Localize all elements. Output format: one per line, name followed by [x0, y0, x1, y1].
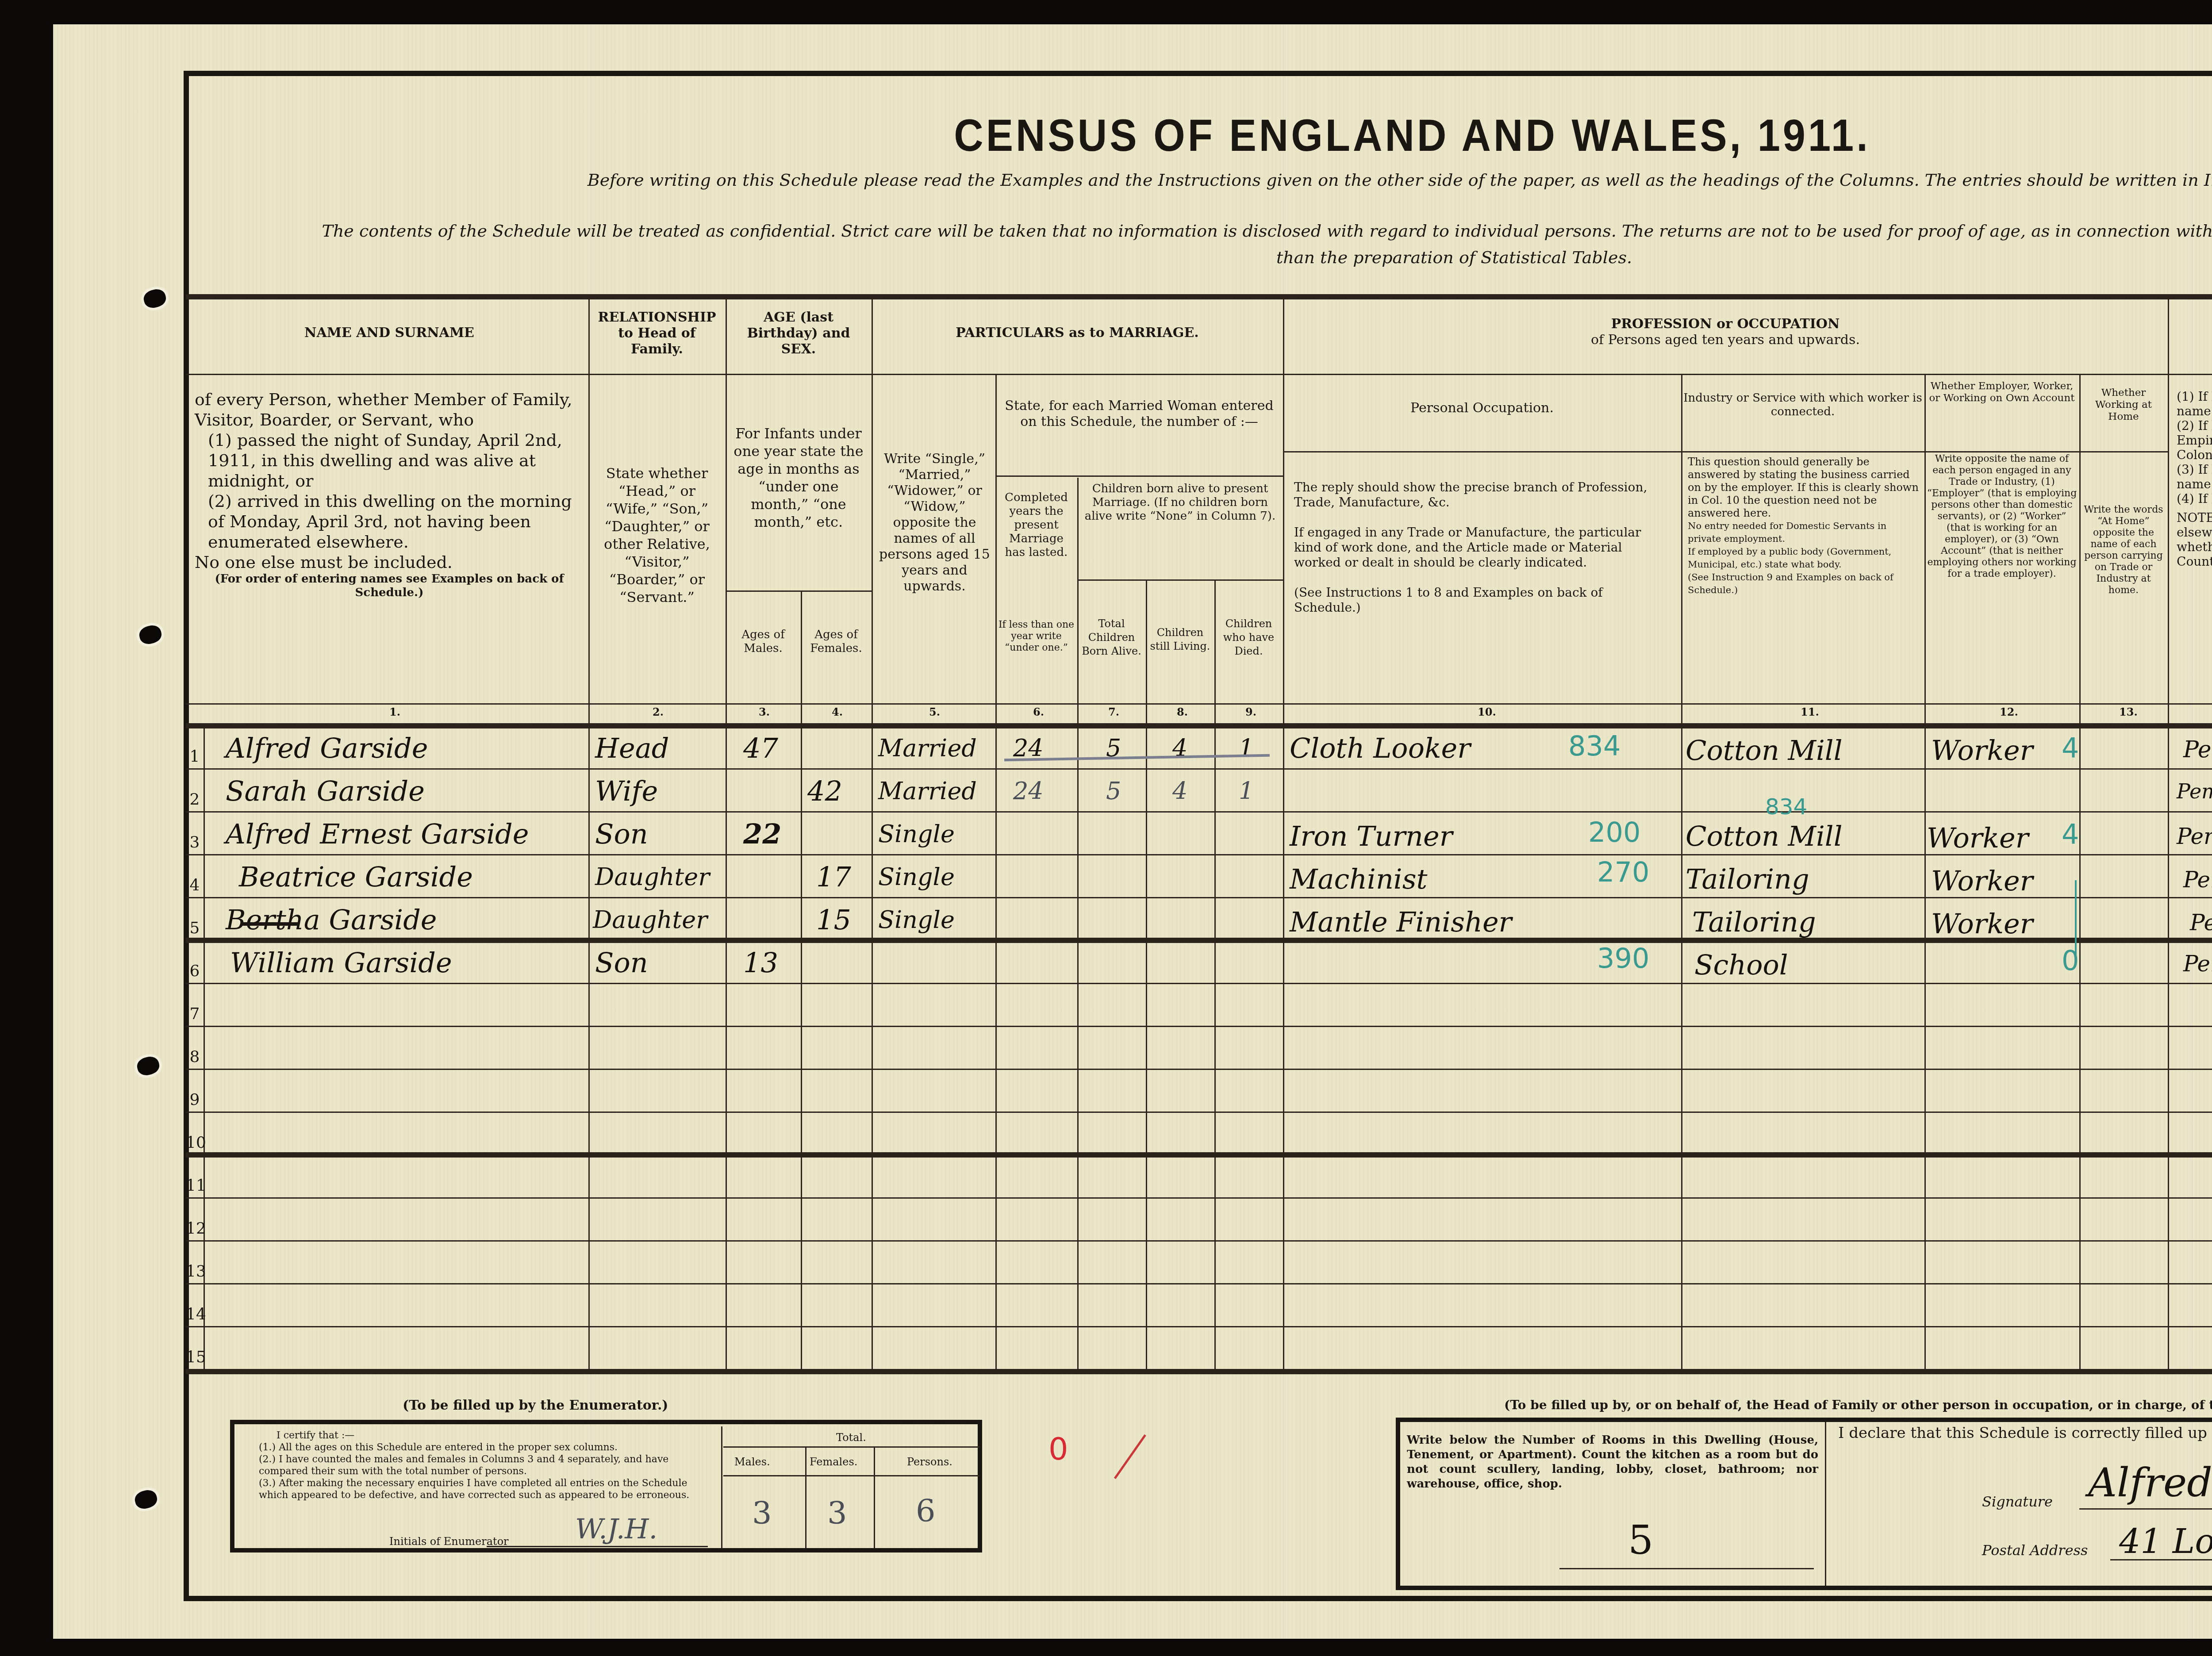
- row-number: 12: [186, 1219, 204, 1238]
- col-num: 5.: [929, 705, 940, 718]
- col-num: 12.: [2000, 705, 2018, 718]
- col-num: 6.: [1033, 705, 1044, 718]
- males-label: Males.: [734, 1455, 770, 1469]
- cell-industry-code: 834: [1765, 794, 1807, 820]
- header-name-body: of every Person, whether Member of Famil…: [195, 389, 584, 430]
- cell-occupation: Iron Turner: [1290, 820, 1452, 852]
- header-married-woman: State, for each Married Woman entered on…: [998, 398, 1281, 430]
- cell-occupation: Machinist: [1290, 863, 1427, 895]
- strike-through-mark: [241, 922, 299, 926]
- page-title: CENSUS OF ENGLAND AND WALES, 1911.: [0, 111, 2212, 162]
- header-industry-body: No entry needed for Domestic Servants in…: [1688, 520, 1920, 545]
- header-children-died: Children who have Died.: [1217, 617, 1281, 658]
- header-children-living: Children still Living.: [1148, 626, 1212, 653]
- sub-rule: [1077, 579, 1283, 581]
- row-number: 7: [186, 1005, 204, 1023]
- header-at-home: Whether Working at Home: [2081, 387, 2166, 423]
- head-box-divider: [1825, 1422, 1826, 1586]
- enumerator-initials: W.J.H.: [575, 1513, 657, 1545]
- sub-rule: [726, 590, 872, 592]
- column-number-rule: [186, 723, 2212, 728]
- header-birthplace-body: (3) If born in a Foreign Country, write …: [2177, 462, 2212, 491]
- col-num: 13.: [2119, 705, 2138, 718]
- header-relationship: RELATIONSHIP to Head of Family.: [598, 310, 716, 357]
- punch-hole-icon: [135, 1054, 161, 1077]
- initials-line: [487, 1546, 708, 1547]
- row-number: 9: [186, 1091, 204, 1109]
- cell-age-female: 42: [807, 775, 842, 807]
- head-of-family-heading: (To be filled up by, or on behalf of, th…: [1504, 1398, 2212, 1412]
- col-divider: [2168, 294, 2169, 1373]
- cell-occupation-code: 390: [1597, 942, 1649, 974]
- cell-relationship: Son: [595, 947, 648, 979]
- rooms-count: 5: [1628, 1517, 1653, 1564]
- cell-employment: Worker: [1931, 734, 2033, 767]
- header-industry-body: This question should generally be answer…: [1688, 456, 1920, 520]
- header-personal-body: (See Instructions 1 to 8 and Examples on…: [1294, 585, 1670, 615]
- cell-name: Beatrice Garside: [239, 861, 473, 893]
- col-num: 4.: [832, 705, 843, 718]
- cell-marital: Single: [878, 820, 955, 848]
- total-females: 3: [827, 1495, 847, 1531]
- col-divider: [1283, 294, 1284, 1373]
- cell-age-female: 15: [816, 904, 851, 936]
- row-number: 2: [186, 790, 204, 809]
- header-name: NAME AND SURNAME: [304, 325, 474, 341]
- cell-employment-code: 4: [2062, 818, 2079, 851]
- punch-hole-icon: [133, 1488, 159, 1511]
- row-number: 11: [186, 1177, 204, 1195]
- cell-age-male: 22: [743, 818, 781, 850]
- cell-employment: Worker: [1931, 865, 2033, 897]
- row-rule: [186, 938, 2212, 943]
- header-at-home-body: Write the words “At Home” opposite the n…: [2081, 504, 2166, 596]
- header-name-body: No one else must be included.: [195, 552, 584, 572]
- col-divider: [872, 294, 873, 1373]
- red-circle-mark: 0: [1048, 1431, 1068, 1467]
- header-industry-body: (See Instruction 9 and Examples on back …: [1688, 571, 1920, 597]
- col-num: 7.: [1108, 705, 1119, 718]
- col-divider: [726, 294, 727, 1373]
- enumerator-item: (2.) I have counted the males and female…: [259, 1453, 714, 1477]
- cell-relationship: Son: [595, 818, 648, 850]
- row-rule: [186, 1069, 2212, 1070]
- header-top-rule: [186, 294, 2212, 299]
- cell-industry: Tailoring: [1692, 906, 1816, 938]
- header-birthplace-note: NOTE.—In the case of persons born elsewh…: [2177, 510, 2212, 569]
- col-divider: [1681, 374, 1682, 1373]
- declaration: I declare that this Schedule is correctl…: [1838, 1426, 2212, 1440]
- header-personal-body: The reply should show the precise branch…: [1294, 480, 1670, 510]
- cell-industry: Cotton Mill: [1686, 734, 1843, 767]
- row-rule: [186, 1197, 2212, 1199]
- cell-industry: School: [1694, 949, 1788, 981]
- header-birthplace-body: (1) If born in the United Kingdom, write…: [2177, 389, 2212, 418]
- header-children: Children born alive to present Marriage.…: [1079, 482, 1281, 523]
- row-rule: [186, 1240, 2212, 1242]
- header-name-body: (1) passed the night of Sunday, April 2n…: [195, 430, 584, 491]
- col-divider: [588, 294, 590, 1373]
- cell-relationship: Daughter: [595, 863, 710, 891]
- enumerator-item: (3.) After making the necessary enquirie…: [259, 1477, 714, 1501]
- header-name-body: (2) arrived in this dwelling on the morn…: [195, 491, 584, 552]
- header-children-total: Total Children Born Alive.: [1079, 617, 1144, 658]
- header-employer: Whether Employer, Worker, or Working on …: [1927, 380, 2077, 404]
- postal-address: 41 London Street Pendleton: [2119, 1522, 2212, 1561]
- col-num: 9.: [1245, 705, 1256, 718]
- signature-label: Signature: [1982, 1495, 2053, 1509]
- cell-name: Bertha Garside: [226, 904, 437, 936]
- cell-birthplace: Pendleton Lancashire: [2183, 951, 2212, 977]
- cell-occupation-code: 200: [1588, 816, 1640, 848]
- cell-marital: Married: [878, 734, 977, 762]
- col-divider: [1077, 478, 1079, 1373]
- row-number: 4: [186, 876, 204, 894]
- confidential-notice: The contents of the Schedule will be tre…: [217, 221, 2212, 241]
- postal-address-label: Postal Address: [1982, 1544, 2088, 1557]
- cell-children-died: 1: [1239, 734, 1254, 762]
- cell-age-male: 13: [743, 947, 778, 979]
- cell-birthplace: Pembridge Herefordshire: [2177, 779, 2212, 803]
- rooms-instruction: Write below the Number of Rooms in this …: [1407, 1433, 1818, 1491]
- enumerator-rule: [723, 1446, 980, 1448]
- row-number: 10: [186, 1134, 204, 1152]
- punch-hole-icon: [142, 287, 168, 310]
- cell-occupation: Cloth Looker: [1290, 732, 1471, 764]
- row-rule: [186, 811, 2212, 813]
- signature-line: [2079, 1508, 2212, 1510]
- header-industry-body: If employed by a public body (Government…: [1688, 545, 1920, 571]
- enumerator-item: (1.) All the ages on this Schedule are e…: [259, 1441, 714, 1453]
- sub-rule: [1283, 451, 2168, 452]
- cell-name: Sarah Garside: [226, 775, 425, 807]
- header-employer-body: Write opposite the name of each person e…: [1927, 453, 2077, 580]
- enumerator-divider: [805, 1446, 806, 1548]
- header-occupation: PROFESSION or OCCUPATION: [1611, 316, 1840, 332]
- cell-name: Alfred Garside: [226, 732, 428, 764]
- cell-name: Alfred Ernest Garside: [226, 818, 529, 850]
- cell-occupation-code: 834: [1568, 730, 1621, 762]
- row-number: 3: [186, 833, 204, 851]
- signature: Alfred Garside: [2088, 1460, 2212, 1506]
- header-age-males: Ages of Males.: [728, 628, 799, 655]
- instruction-line: Before writing on this Schedule please r…: [509, 170, 2212, 190]
- row-rule: [186, 1326, 2212, 1327]
- sub-rule: [995, 475, 1283, 477]
- cell-industry: Cotton Mill: [1686, 820, 1843, 852]
- header-marriage: PARTICULARS as to MARRIAGE.: [956, 325, 1199, 341]
- col-divider: [1146, 579, 1147, 1373]
- row-number: 13: [186, 1262, 204, 1280]
- header-mid-rule: [186, 374, 2212, 375]
- cell-relationship: Head: [595, 732, 669, 764]
- col-num: 3.: [759, 705, 770, 718]
- cell-age-female: 17: [816, 861, 851, 893]
- col-num: 2.: [653, 705, 664, 718]
- row-number: 5: [186, 919, 204, 937]
- total-label: Total.: [836, 1431, 866, 1445]
- row-rule: [186, 1112, 2212, 1113]
- row-rule: [186, 854, 2212, 855]
- females-label: Females.: [810, 1455, 857, 1469]
- cell-children-died: 1: [1239, 777, 1254, 805]
- row-rule: [186, 983, 2212, 984]
- header-personal-body: If engaged in any Trade or Manufacture, …: [1294, 525, 1670, 570]
- cell-birthplace: Pendleton Lancashire: [2183, 867, 2212, 893]
- header-birthplace-body: (4) If born at sea, write “At Sea.”: [2177, 491, 2212, 506]
- cell-employment: Worker: [1931, 908, 2033, 940]
- header-birthplace-body: (2) If born in any other part of the Bri…: [2177, 418, 2212, 462]
- cell-occupation-code: 270: [1597, 856, 1649, 888]
- col-num: 1.: [389, 705, 400, 718]
- total-males: 3: [752, 1495, 772, 1531]
- header-personal-occupation: Personal Occupation.: [1285, 400, 1679, 416]
- cell-industry: Tailoring: [1686, 863, 1809, 895]
- cell-occupation: Mantle Finisher: [1290, 906, 1512, 938]
- col-divider: [801, 590, 802, 1373]
- row-rule: [186, 768, 2212, 770]
- header-age: AGE (last Birthday) and SEX.: [747, 310, 850, 357]
- enumerator-rule: [723, 1475, 980, 1476]
- row-number: 15: [186, 1348, 204, 1366]
- header-occupation-sub: of Persons aged ten years and upwards.: [1285, 332, 2166, 348]
- cell-relationship: Daughter: [593, 906, 707, 934]
- header-relationship-body: State whether “Head,” or “Wife,” “Son,” …: [591, 464, 723, 606]
- cell-birthplace: Pendleton Lancashire: [2183, 736, 2212, 763]
- persons-label: Persons.: [907, 1455, 952, 1469]
- header-industry: Industry or Service with which worker is…: [1683, 391, 1922, 419]
- header-years-note: If less than one year write “under one.”: [998, 619, 1075, 654]
- header-age-body: For Infants under one year state the age…: [730, 425, 867, 531]
- row-rule: [186, 1283, 2212, 1284]
- col-num: 10.: [1478, 705, 1496, 718]
- row-number: 6: [186, 962, 204, 980]
- row-number: 14: [186, 1305, 204, 1323]
- punch-hole-icon: [138, 623, 164, 646]
- enumerator-certify: I certify that :—: [259, 1430, 714, 1441]
- row-number: 8: [186, 1048, 204, 1066]
- row-rule: [186, 1369, 2212, 1374]
- header-years-married: Completed years the present Marriage has…: [998, 491, 1075, 560]
- col-num: 8.: [1177, 705, 1188, 718]
- rooms-line: [1559, 1568, 1814, 1569]
- cell-birthplace: Pendleton Lancashire: [2190, 910, 2212, 935]
- cell-age-male: 47: [743, 732, 778, 764]
- enumerator-heading: (To be filled up by the Enumerator.): [403, 1398, 668, 1413]
- col-num: 11.: [1801, 705, 1819, 718]
- cell-children-total: 5: [1106, 777, 1121, 805]
- cell-marital: Single: [878, 863, 955, 891]
- col-divider: [2079, 374, 2081, 1373]
- col-divider: [1924, 374, 1926, 1373]
- cell-children-living: 4: [1172, 777, 1187, 805]
- cell-marital: Married: [878, 777, 977, 805]
- header-bottom-rule: [186, 703, 2212, 705]
- col-divider: [1214, 579, 1216, 1373]
- header-marital-status: Write “Single,” “Married,” “Widower,” or…: [876, 451, 993, 594]
- cell-birthplace: Pendleton Lancashire: [2177, 824, 2212, 849]
- cell-years-married: 24: [1013, 777, 1044, 805]
- col-divider: [995, 374, 997, 1373]
- header-name-note: (For order of entering names see Example…: [195, 572, 584, 600]
- cell-relationship: Wife: [595, 775, 658, 807]
- row-rule: [186, 897, 2212, 898]
- row-rule: [186, 1026, 2212, 1027]
- header-age-females: Ages of Females.: [803, 628, 869, 655]
- cell-employment-code: 4: [2062, 732, 2079, 764]
- cell-name: William Garside: [230, 947, 452, 979]
- confidential-notice-cont: than the preparation of Statistical Tabl…: [217, 248, 2212, 267]
- cell-marital: Single: [878, 906, 955, 934]
- total-persons: 6: [916, 1493, 936, 1529]
- header-birthplace-sub: of every person.: [2170, 332, 2212, 348]
- enumerator-divider: [721, 1426, 722, 1548]
- row-rule: [186, 1152, 2212, 1158]
- row-number: 1: [186, 747, 204, 766]
- enumerator-divider: [874, 1446, 875, 1548]
- cell-employment: Worker: [1927, 822, 2028, 854]
- teal-ditto-line: [2075, 880, 2077, 955]
